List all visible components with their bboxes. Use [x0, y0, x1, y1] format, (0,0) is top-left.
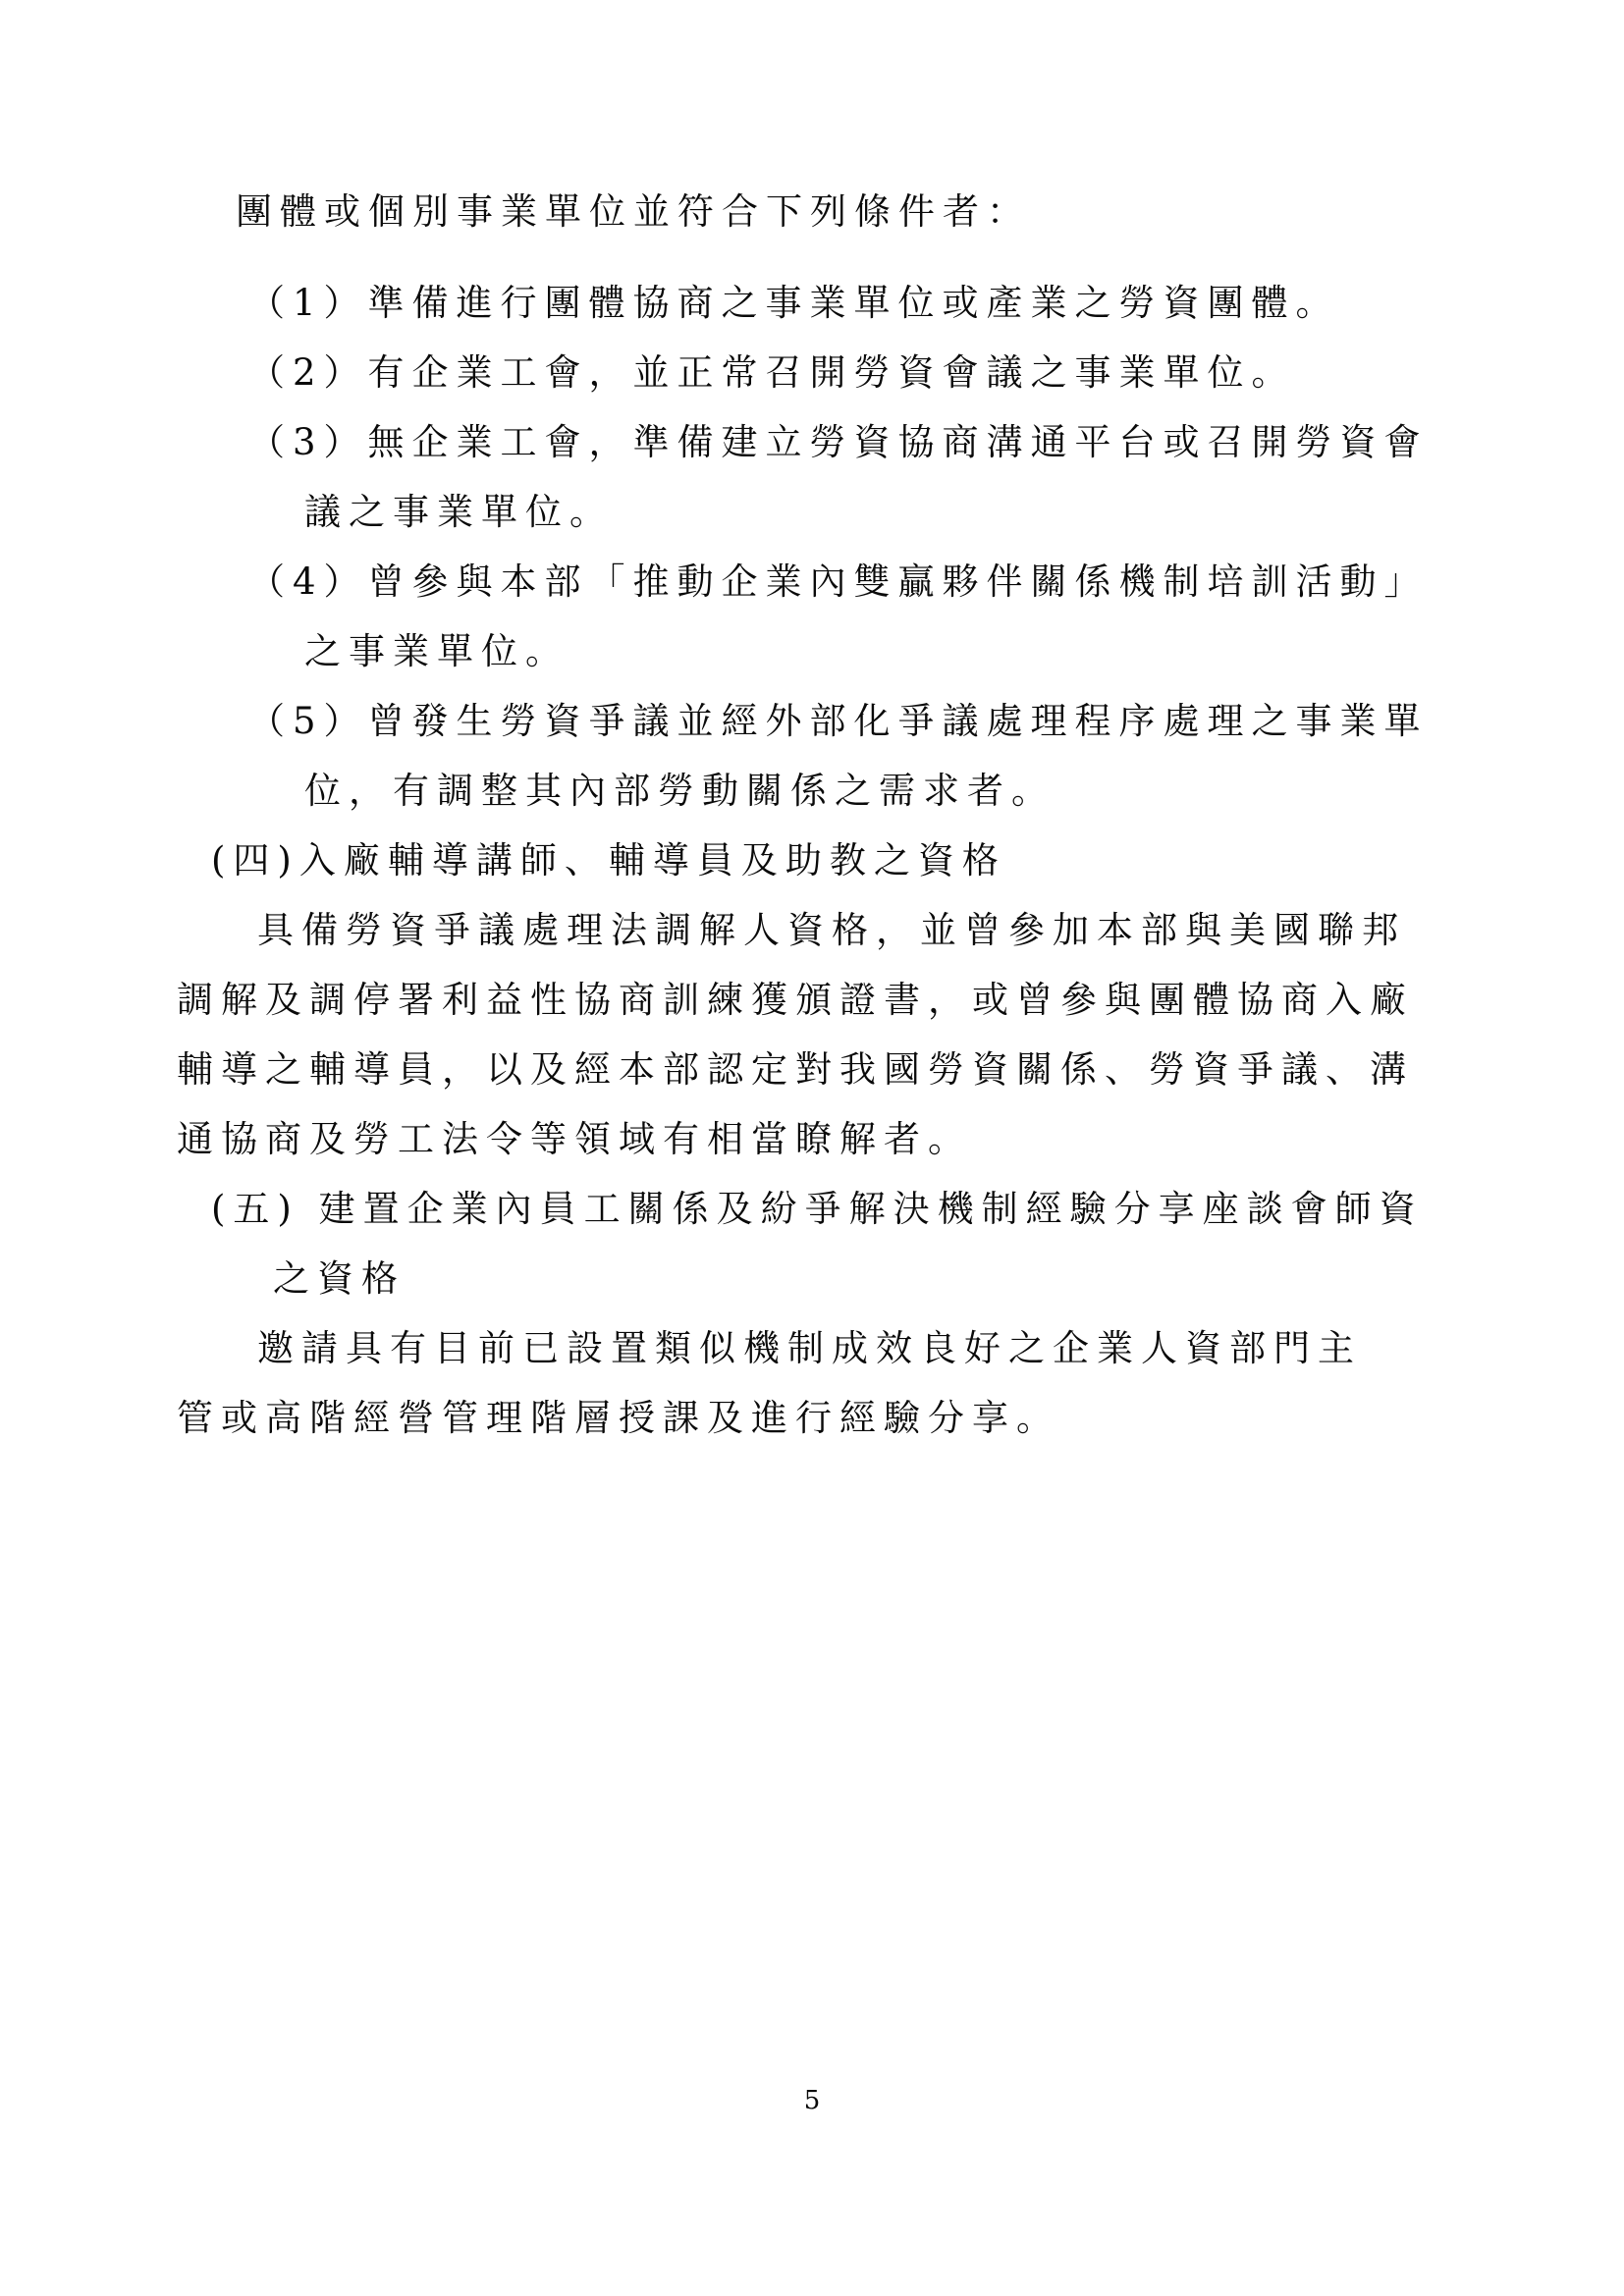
list-item-1: （1）準備進行團體協商之事業單位或產業之勞資團體。 — [248, 268, 1434, 338]
section-heading-5-continuation: 之資格 — [273, 1244, 1434, 1313]
list-item-3-continuation: 議之事業單位。 — [304, 477, 1434, 547]
page-number: 5 — [0, 2086, 1624, 2115]
list-item-5-continuation: 位，有調整其內部勞動關係之需求者。 — [304, 756, 1434, 826]
list-item-4: （4）曾參與本部「推動企業內雙贏夥伴關係機制培訓活動」 — [248, 547, 1434, 616]
section-5-paragraph-line-1: 邀請具有目前已設置類似機制成效良好之企業人資部門主 — [257, 1313, 1434, 1383]
section-4-paragraph-line-2: 調解及調停署利益性協商訓練獲頒證書，或曾參與團體協商入廠 — [177, 965, 1434, 1035]
list-item-5: （5）曾發生勞資爭議並經外部化爭議處理程序處理之事業單 — [248, 686, 1434, 756]
list-item-4-continuation: 之事業單位。 — [304, 616, 1434, 686]
section-4-paragraph-line-4: 通協商及勞工法令等領域有相當瞭解者。 — [177, 1104, 1434, 1174]
section-heading-5: (五) 建置企業內員工關係及紛爭解決機制經驗分享座談會師資 — [211, 1174, 1434, 1244]
section-heading-4: (四)入廠輔導講師、輔導員及助教之資格 — [211, 826, 1434, 895]
section-5-paragraph-line-2: 管或高階經營管理階層授課及進行經驗分享。 — [177, 1383, 1434, 1453]
intro-line: 團體或個別事業單位並符合下列條件者： — [236, 177, 1434, 246]
section-4-paragraph-line-3: 輔導之輔導員，以及經本部認定對我國勞資關係、勞資爭議、溝 — [177, 1035, 1434, 1104]
list-item-2: （2）有企業工會，並正常召開勞資會議之事業單位。 — [248, 338, 1434, 407]
document-page: 團體或個別事業單位並符合下列條件者： （1）準備進行團體協商之事業單位或產業之勞… — [0, 0, 1624, 2296]
document-body: 團體或個別事業單位並符合下列條件者： （1）準備進行團體協商之事業單位或產業之勞… — [177, 177, 1434, 1453]
list-item-3: （3）無企業工會，準備建立勞資協商溝通平台或召開勞資會 — [248, 407, 1434, 477]
section-4-paragraph-line-1: 具備勞資爭議處理法調解人資格，並曾參加本部與美國聯邦 — [257, 895, 1434, 965]
